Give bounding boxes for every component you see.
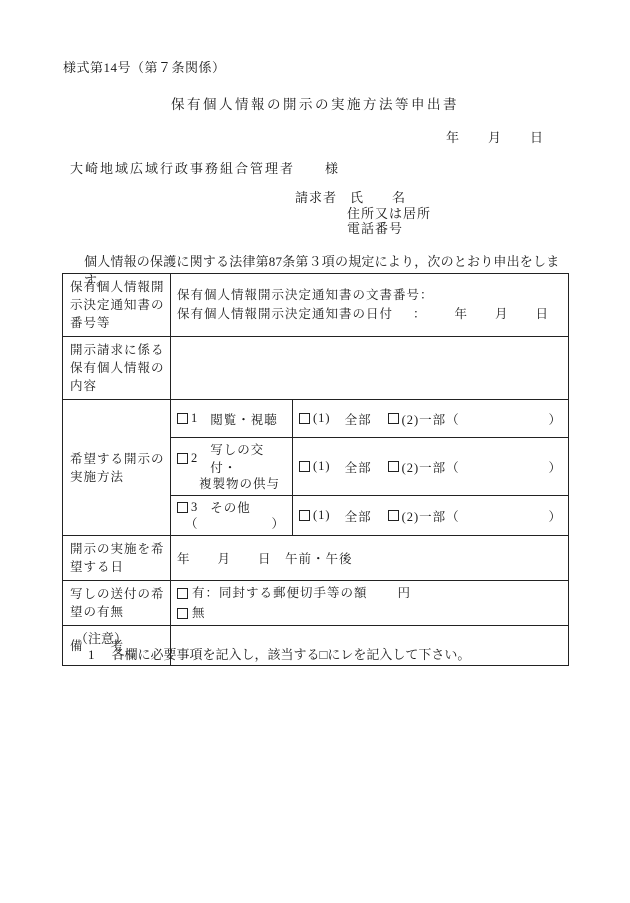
notice-row-label-cell: 保有個人情報開示決定通知書の番号等 [63,274,171,337]
scope-all-num: (1) [313,459,331,474]
method-option-2-label-line2: 複製物の供与 [177,476,286,493]
scope-part-label: (2)一部（ [402,507,460,525]
method-option-3-label: その他 [210,498,251,516]
scope-close-paren: ） [549,458,563,476]
method-option-2-label: 写しの交付・ [210,440,286,476]
table-row-send: 写しの送付の希望の有無 有：同封する郵便切手等の額 円 無 [63,581,569,626]
method-scope-2: (1) 全部 (2)一部（ ） [299,458,562,476]
method-option-1-cell: 1 閲覧・視聴 [171,400,293,438]
notice-row-label: 保有個人情報開示決定通知書の番号等 [70,280,165,330]
send-option-no-label: 無 [192,603,206,623]
requester-name-row: 請求者 氏 名 [295,190,431,206]
notice-row-content-cell: 保有個人情報開示決定通知書の文書番号： 保有個人情報開示決定通知書の日付 ： 年… [171,274,569,337]
checkbox-icon [388,461,399,472]
send-row-label-cell: 写しの送付の希望の有無 [63,581,171,626]
scope-all-label: 全部 [345,507,372,525]
method-option-1-num: 1 [191,411,198,426]
scope-all-num: (1) [313,411,331,426]
method-row-label: 希望する開示の実施方法 [70,452,165,484]
date-row-label-cell: 開示の実施を希望する日 [63,536,171,581]
scope-all-label: 全部 [345,410,372,428]
scope-part-label: (2)一部（ [402,458,460,476]
doc-date-fields: 年 月 日 [455,305,550,324]
note-item-1: 1 各欄に必要事項を記入し，該当する□にレを記入して下さい。 [88,647,470,663]
method-scope-1-cell: (1) 全部 (2)一部（ ） [293,400,569,438]
checkbox-icon [299,510,310,521]
doc-number-line: 保有個人情報開示決定通知書の文書番号： [177,286,562,305]
content-row-label-cell: 開示請求に係る保有個人情報の内容 [63,337,171,400]
requester-name-label: 氏 名 [350,190,406,206]
method-scope-1: (1) 全部 (2)一部（ ） [299,410,562,428]
checkbox-icon [177,588,188,599]
scope-close-paren: ） [549,410,563,428]
requester-block: 請求者 氏 名 住所又は居所 電話番号 [295,190,431,237]
date-row-value-cell: 年 月 日 午前・午後 [171,536,569,581]
send-option-yes-label: 有：同封する郵便切手等の額 [192,583,368,603]
requester-phone-row: 電話番号 [295,221,431,237]
header-date-line: 年 月 日 [446,127,544,146]
document-page: 様式第14号（第７条関係） 保有個人情報の開示の実施方法等申出書 年 月 日 大… [0,0,630,903]
note-item-1-text: 各欄に必要事項を記入し，該当する□にレを記入して下さい。 [112,647,471,663]
table-row-method-1: 希望する開示の実施方法 1 閲覧・視聴 (1) 全部 (2)一部（ ） [63,400,569,438]
date-row-value: 年 月 日 午前・午後 [177,552,353,566]
open-paren: （ [185,516,199,533]
method-scope-3-cell: (1) 全部 (2)一部（ ） [293,496,569,536]
notes-block: （注意） 1 各欄に必要事項を記入し，該当する□にレを記入して下さい。 [75,631,470,663]
method-option-3-cell: 3 その他 （ ） [171,496,293,536]
table-row-date: 開示の実施を希望する日 年 月 日 午前・午後 [63,536,569,581]
method-option-2-num: 2 [191,451,198,466]
scope-all-num: (1) [313,508,331,523]
close-paren: ） [271,516,285,533]
addressee: 大崎地域広域行政事務組合管理者 様 [70,158,340,177]
form-table: 保有個人情報開示決定通知書の番号等 保有個人情報開示決定通知書の文書番号： 保有… [62,273,569,666]
send-row-label: 写しの送付の希望の有無 [70,587,165,619]
method-option-3-paren-line: （ ） [177,516,285,533]
checkbox-icon [299,413,310,424]
scope-close-paren: ） [549,507,563,525]
checkbox-icon [177,502,188,513]
doc-date-line: 保有個人情報開示決定通知書の日付 ： 年 月 日 [177,305,562,324]
send-option-no: 無 [177,603,562,623]
method-row-label-cell: 希望する開示の実施方法 [63,400,171,536]
checkbox-icon [177,608,188,619]
content-row-value-cell [171,337,569,400]
page-title: 保有個人情報の開示の実施方法等申出書 [0,93,630,113]
content-row-label: 開示請求に係る保有個人情報の内容 [70,343,165,393]
method-option-1: 1 閲覧・視聴 [177,410,286,428]
send-option-yes: 有：同封する郵便切手等の額 円 [177,583,562,603]
scope-part-label: (2)一部（ [402,410,460,428]
checkbox-icon [388,413,399,424]
method-option-2-cell: 2 写しの交付・ 複製物の供与 [171,438,293,496]
send-yen-label: 円 [398,583,412,603]
checkbox-icon [388,510,399,521]
requester-label: 請求者 [295,190,337,206]
checkbox-icon [299,461,310,472]
checkbox-icon [177,413,188,424]
table-row-notice: 保有個人情報開示決定通知書の番号等 保有個人情報開示決定通知書の文書番号： 保有… [63,274,569,337]
scope-all-label: 全部 [345,458,372,476]
method-scope-3: (1) 全部 (2)一部（ ） [299,507,562,525]
method-option-3: 3 その他 [177,498,286,516]
requester-address-label: 住所又は居所 [347,206,431,222]
form-number: 様式第14号（第７条関係） [63,57,226,76]
table-row-content: 開示請求に係る保有個人情報の内容 [63,337,569,400]
date-row-label: 開示の実施を希望する日 [70,542,165,574]
method-scope-2-cell: (1) 全部 (2)一部（ ） [293,438,569,496]
notes-heading: （注意） [75,631,470,647]
send-row-value-cell: 有：同封する郵便切手等の額 円 無 [171,581,569,626]
method-option-3-num: 3 [191,500,198,515]
checkbox-icon [177,453,188,464]
method-option-1-label: 閲覧・視聴 [210,410,278,428]
note-item-1-num: 1 [88,647,95,663]
doc-date-colon: ： [413,305,427,324]
requester-phone-label: 電話番号 [347,221,403,237]
requester-address-row: 住所又は居所 [295,206,431,222]
method-option-2: 2 写しの交付・ [177,440,286,476]
doc-date-label: 保有個人情報開示決定通知書の日付 [177,305,393,324]
